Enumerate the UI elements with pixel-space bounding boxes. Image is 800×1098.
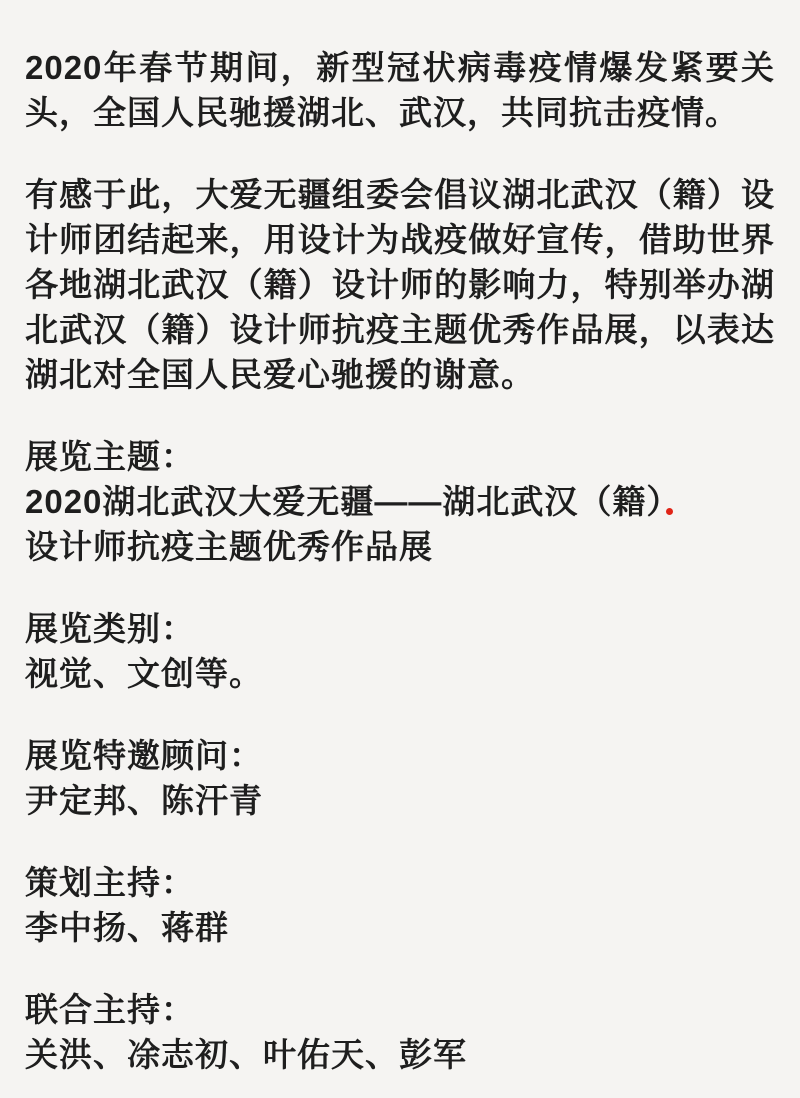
exhibition-theme-line-2: 设计师抗疫主题优秀作品展 bbox=[25, 524, 775, 569]
exhibition-theme-title: 展览主题： bbox=[25, 434, 775, 479]
announcement-content: 2020年春节期间，新型冠状病毒疫情爆发紧要关头，全国人民驰援湖北、武汉，共同抗… bbox=[0, 0, 800, 1077]
planning-hosts-title: 策划主持： bbox=[25, 860, 775, 905]
exhibition-category-value: 视觉、文创等。 bbox=[25, 651, 775, 696]
intro-paragraph-1: 2020年春节期间，新型冠状病毒疫情爆发紧要关头，全国人民驰援湖北、武汉，共同抗… bbox=[25, 45, 775, 135]
intro-paragraph-2: 有感于此，大爱无疆组委会倡议湖北武汉（籍）设计师团结起来，用设计为战疫做好宣传，… bbox=[25, 172, 775, 397]
joint-hosts-names: 关洪、凃志初、叶佑天、彭军 bbox=[25, 1032, 775, 1077]
section-exhibition-category: 展览类别： 视觉、文创等。 bbox=[25, 606, 775, 696]
exhibition-theme-line-1: 2020湖北武汉大爱无疆——湖北武汉（籍） bbox=[25, 479, 775, 524]
planning-hosts-names: 李中扬、蒋群 bbox=[25, 905, 775, 950]
exhibition-category-title: 展览类别： bbox=[25, 606, 775, 651]
invited-advisors-title: 展览特邀顾问： bbox=[25, 733, 775, 778]
section-joint-hosts: 联合主持： 关洪、凃志初、叶佑天、彭军 bbox=[25, 987, 775, 1077]
announcement-page: 2020年春节期间，新型冠状病毒疫情爆发紧要关头，全国人民驰援湖北、武汉，共同抗… bbox=[0, 0, 800, 1098]
exhibition-theme-text: 2020湖北武汉大爱无疆——湖北武汉（籍） bbox=[25, 483, 680, 520]
section-planning-hosts: 策划主持： 李中扬、蒋群 bbox=[25, 860, 775, 950]
section-exhibition-theme: 展览主题： 2020湖北武汉大爱无疆——湖北武汉（籍） 设计师抗疫主题优秀作品展 bbox=[25, 434, 775, 569]
section-invited-advisors: 展览特邀顾问： 尹定邦、陈汗青 bbox=[25, 733, 775, 823]
joint-hosts-title: 联合主持： bbox=[25, 987, 775, 1032]
invited-advisors-names: 尹定邦、陈汗青 bbox=[25, 778, 775, 823]
